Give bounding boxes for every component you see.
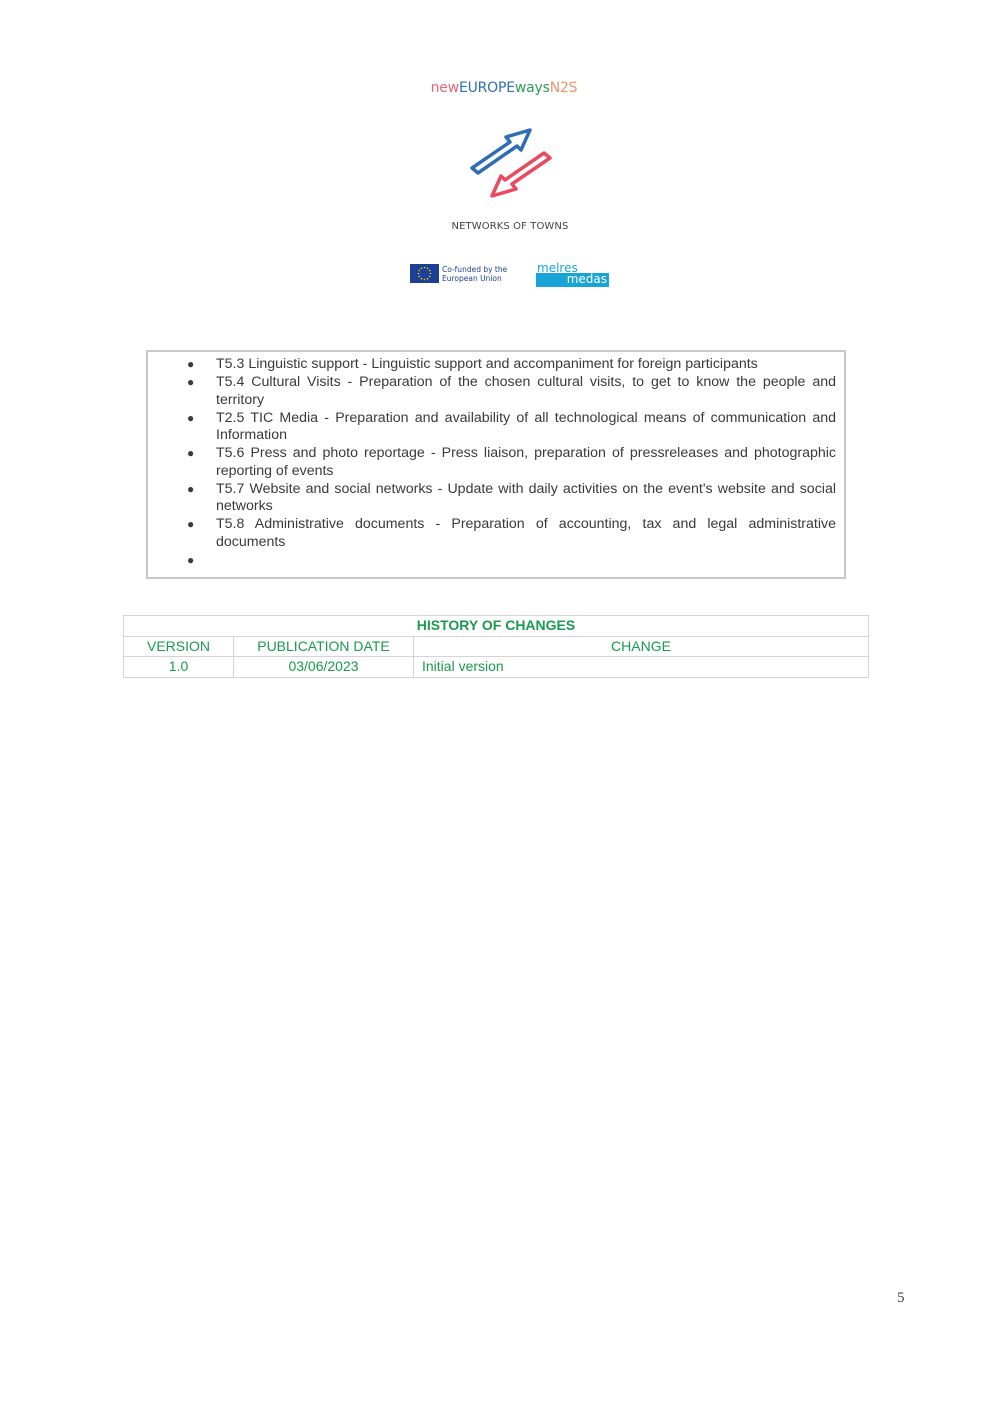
cell-version: 1.0: [124, 657, 234, 678]
brand-part-europe: EUROPE: [459, 80, 515, 96]
list-item-empty: ●: [148, 552, 844, 570]
list-item: ●T2.5 TIC Media - Preparation and availa…: [148, 410, 844, 445]
task-text: T5.7 Website and social networks - Updat…: [216, 481, 836, 515]
bullet-icon: ●: [187, 410, 194, 428]
list-item: ●T5.7 Website and social networks - Upda…: [148, 481, 844, 516]
column-header-publication-date: PUBLICATION DATE: [234, 636, 414, 657]
tasks-list: ●T5.3 Linguistic support - Linguistic su…: [148, 356, 844, 570]
cell-date: 03/06/2023: [234, 657, 414, 678]
task-text: T5.4 Cultural Visits - Preparation of th…: [216, 374, 836, 408]
bullet-icon: ●: [187, 516, 194, 534]
double-arrows-icon: [466, 126, 556, 200]
history-table-title: HISTORY OF CHANGES: [124, 616, 869, 637]
bullet-icon: ●: [187, 552, 194, 570]
bullet-icon: ●: [187, 481, 194, 499]
brand-part-new: new: [431, 80, 459, 96]
list-item: ●T5.4 Cultural Visits - Preparation of t…: [148, 374, 844, 409]
list-item: ●T5.8 Administrative documents - Prepara…: [148, 516, 844, 551]
brand-part-n2s: N2S: [550, 80, 578, 96]
eu-flag-icon: [410, 264, 439, 283]
tagline: NETWORKS OF TOWNS: [0, 221, 992, 232]
bullet-icon: ●: [187, 356, 194, 374]
column-header-change: CHANGE: [414, 636, 869, 657]
melres-logo-bottom: medas: [567, 272, 607, 286]
bullet-icon: ●: [187, 374, 194, 392]
cell-change: Initial version: [414, 657, 869, 678]
list-item: ●T5.3 Linguistic support - Linguistic su…: [148, 356, 844, 374]
brand-title: newEUROPEwaysN2S: [0, 80, 992, 96]
task-text: T5.3 Linguistic support - Linguistic sup…: [216, 356, 758, 372]
task-text: T5.6 Press and photo reportage - Press l…: [216, 445, 836, 479]
eu-cofunded-logo: Co-funded by the European Union: [410, 264, 507, 283]
column-header-version: VERSION: [124, 636, 234, 657]
page-number: 5: [897, 1290, 905, 1307]
melres-medas-logo: melres medas: [536, 262, 609, 287]
eu-logo-line1: Co-funded by the: [442, 265, 507, 274]
tasks-box: ●T5.3 Linguistic support - Linguistic su…: [146, 350, 846, 579]
task-text: T2.5 TIC Media - Preparation and availab…: [216, 410, 836, 444]
list-item: ●T5.6 Press and photo reportage - Press …: [148, 445, 844, 480]
bullet-icon: ●: [187, 445, 194, 463]
task-text: T5.8 Administrative documents - Preparat…: [216, 516, 836, 550]
table-row: 1.0 03/06/2023 Initial version: [124, 657, 869, 678]
history-of-changes-table: HISTORY OF CHANGES VERSION PUBLICATION D…: [123, 615, 869, 678]
brand-part-ways: ways: [515, 80, 550, 96]
task-text: [216, 552, 220, 568]
eu-logo-line2: European Union: [442, 274, 507, 283]
